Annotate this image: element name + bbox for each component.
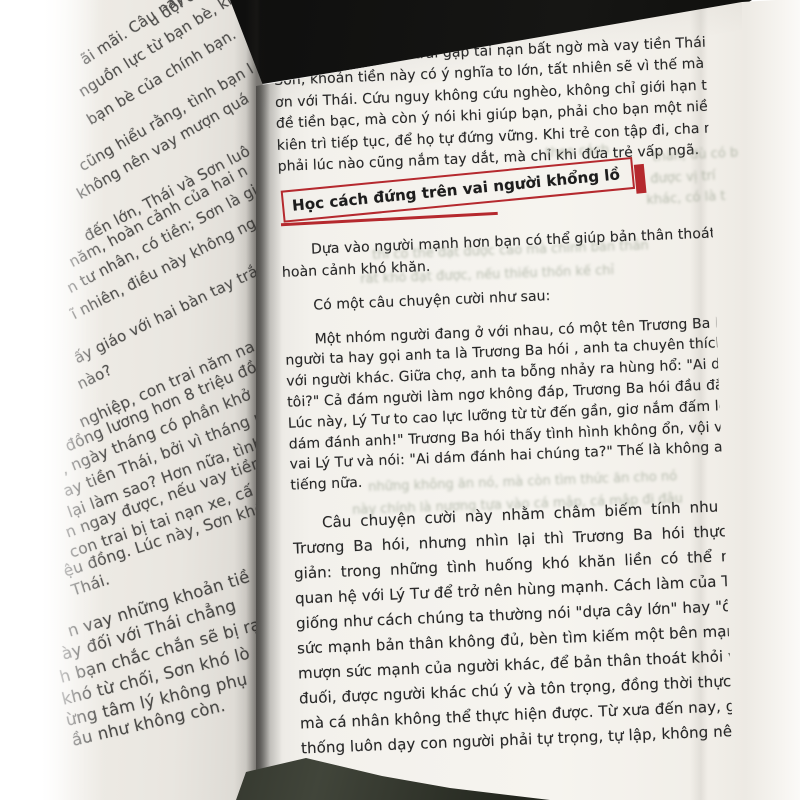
paragraph-story-intro: Có một câu chuyện cười như sau: [283,280,716,319]
paragraph-lead: Dựa vào người mạnh hơn bạn có thể giúp b… [281,224,714,284]
open-book-photo: u đội cứu hộ, chỉãi mãi. Câu này hàm chứ… [0,0,800,800]
right-page-text-block: Nếu Sơn vì con trai gặp tai nạn bất ngờ … [273,33,733,762]
paragraph-analysis: Câu chuyện cười này nhằm châm biếm tính … [292,494,734,761]
section-heading-wrap: Học cách đứng trên vai người khổng lồ [281,174,712,223]
text-line: Có một câu chuyện cười như sau: [283,280,716,319]
left-page: u đội cứu hộ, chỉãi mãi. Câu này hàm chứ… [0,0,264,800]
right-page: Nếu Sơn vì con trai gặp tai nạn bất ngờ … [256,0,800,800]
book-spine-shadow [246,0,270,800]
left-page-highlight [0,0,104,800]
paragraph-story: Một nhóm người đang ở với nhau, có một t… [284,313,722,497]
